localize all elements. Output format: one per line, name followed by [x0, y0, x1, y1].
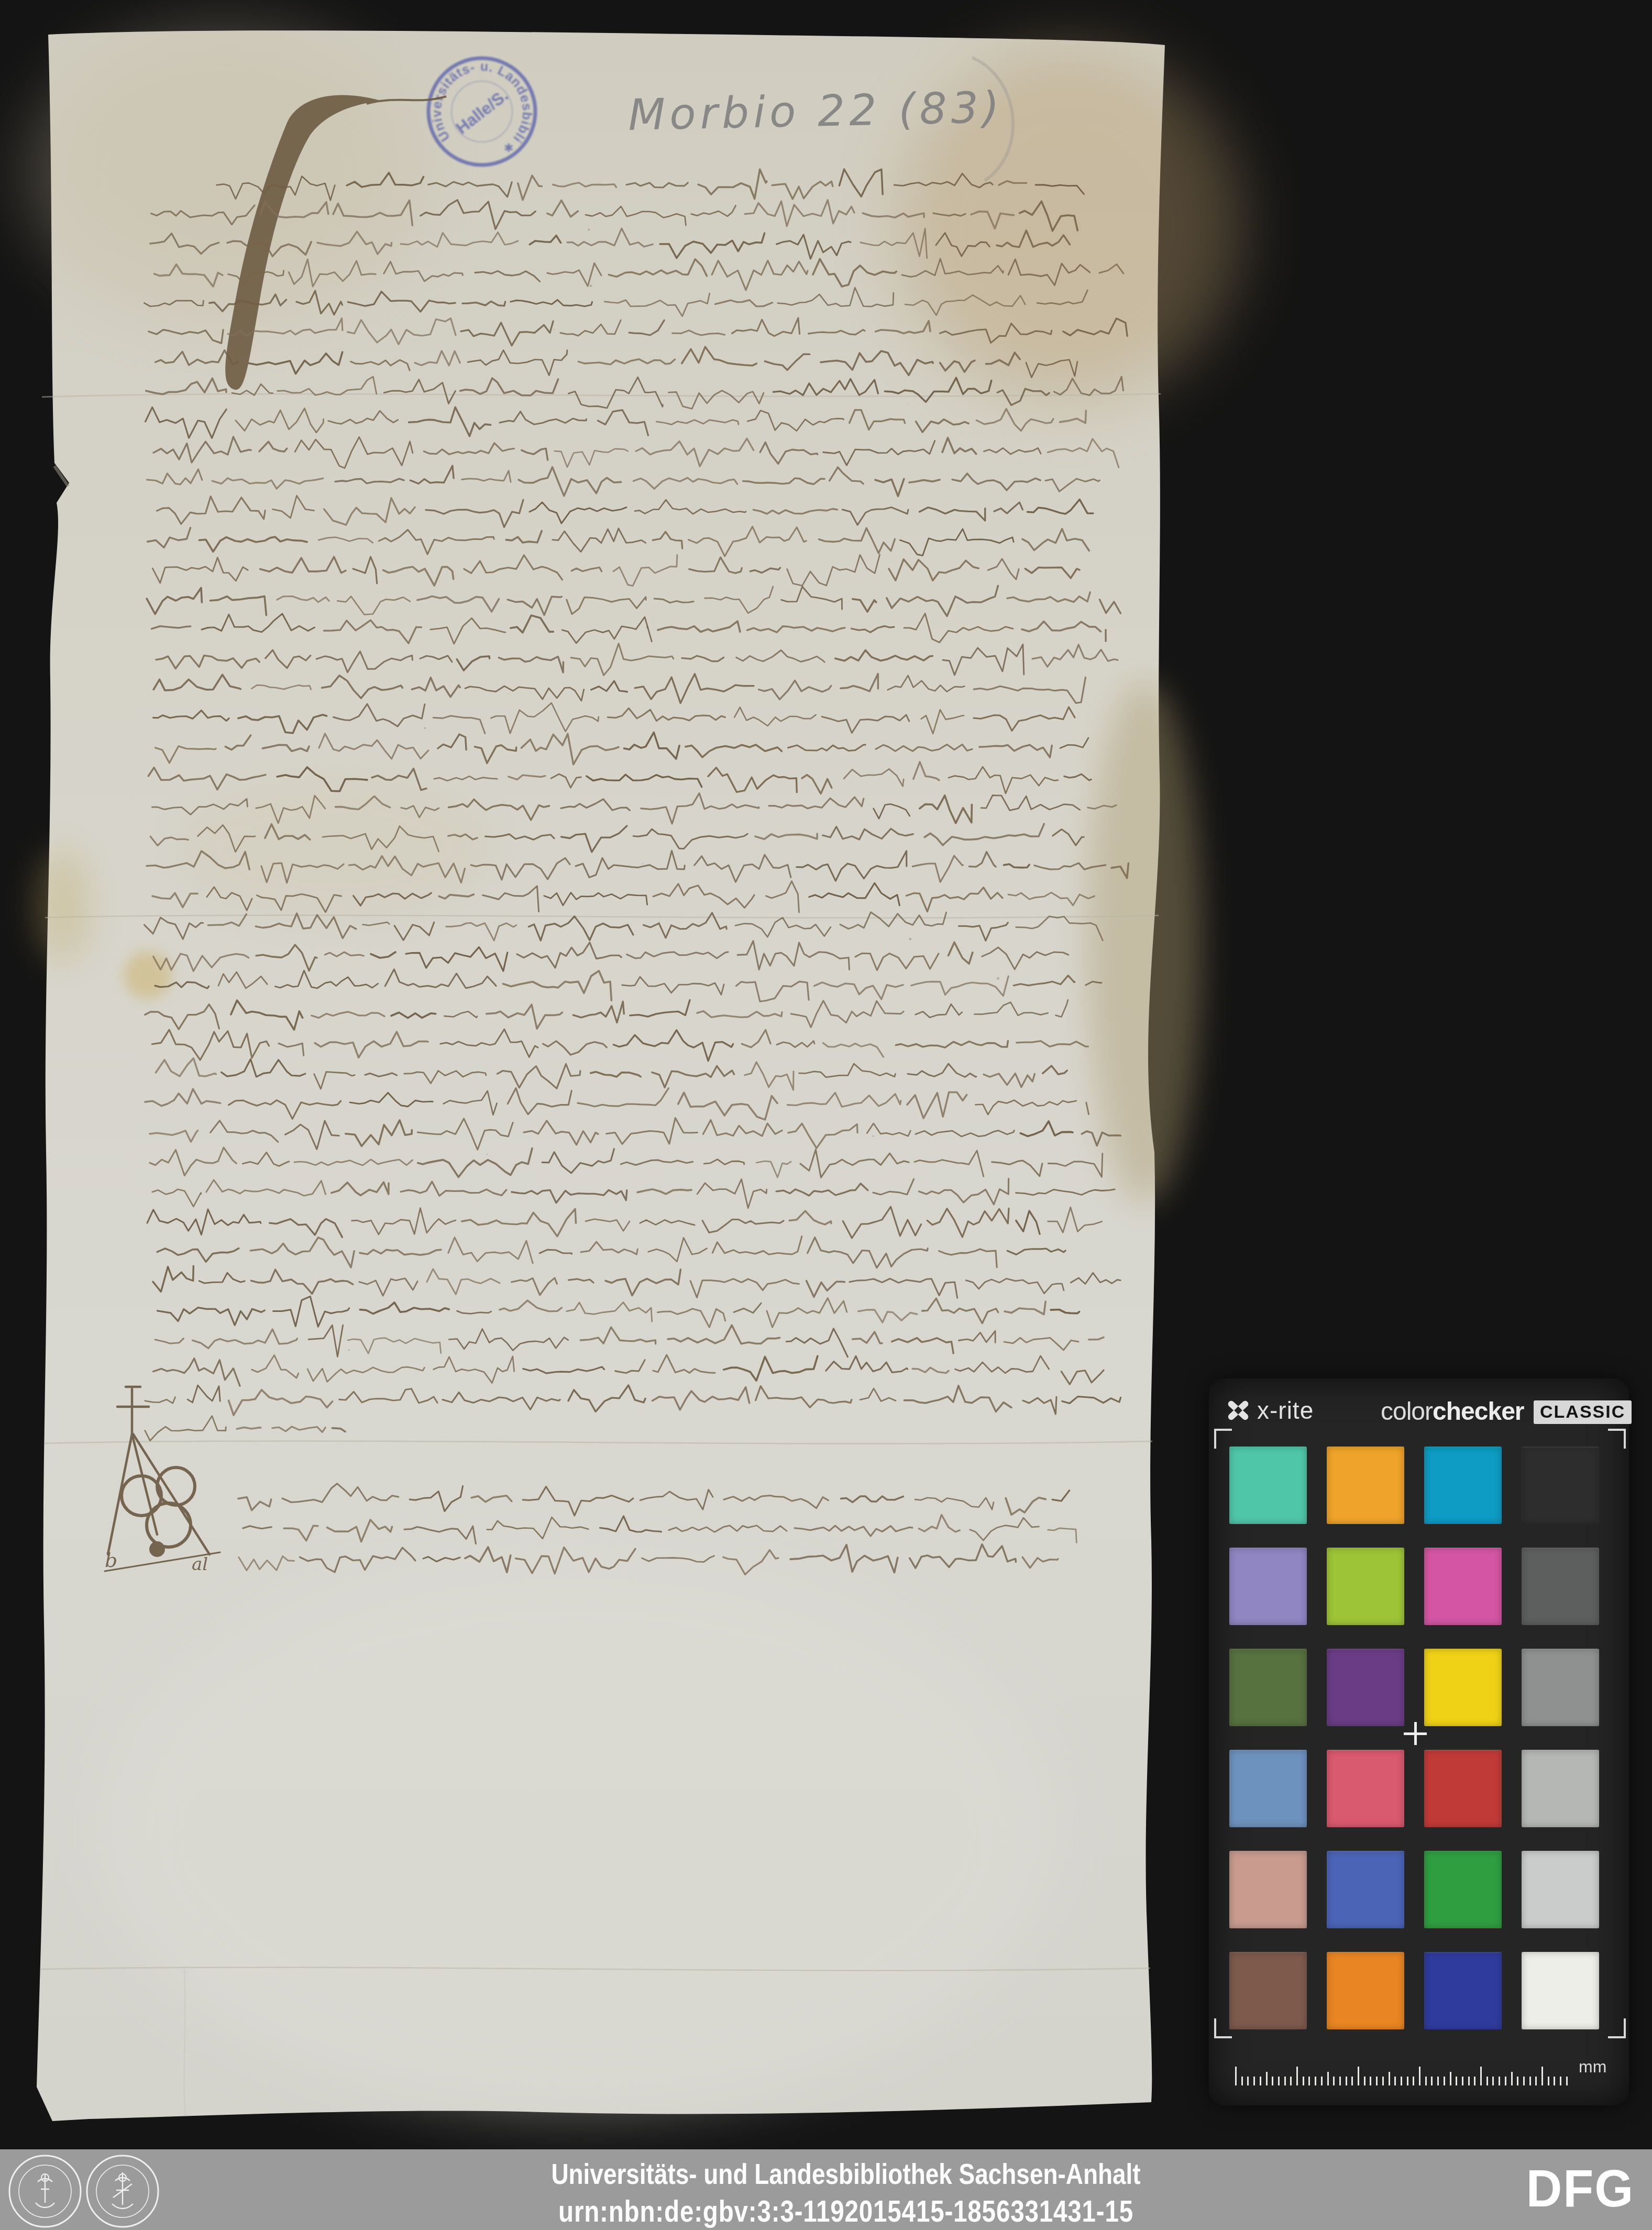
ruler-tick — [1303, 2077, 1304, 2085]
colorchecker-title-bold: checker — [1433, 1398, 1524, 1426]
ruler-tick — [1260, 2077, 1261, 2085]
ruler-tick — [1290, 2077, 1292, 2085]
ruler-tick — [1456, 2077, 1457, 2085]
center-crosshair-icon — [1404, 1722, 1427, 1745]
color-patch-blue-flower — [1229, 1548, 1307, 1625]
signum-letter-right: al — [192, 1554, 208, 1575]
ruler-tick — [1333, 2077, 1335, 2085]
ruler-tick — [1296, 2067, 1298, 2085]
ruler-tick — [1535, 2077, 1537, 2085]
ruler-tick — [1529, 2077, 1531, 2085]
color-patch-black — [1522, 1447, 1599, 1524]
ruler-tick — [1499, 2077, 1500, 2085]
ruler-tick — [1358, 2067, 1359, 2085]
stamp-star: ✱ — [504, 141, 513, 154]
ruler-tick — [1505, 2077, 1506, 2085]
x-rite-logo-icon — [1227, 1399, 1250, 1422]
ruler-unit-label: mm — [1579, 2057, 1606, 2077]
registration-mark-top-left — [1214, 1429, 1232, 1449]
ruler-tick — [1278, 2077, 1280, 2085]
ruler-tick — [1419, 2067, 1420, 2085]
ruler-tick — [1401, 2077, 1402, 2085]
ruler-tick — [1480, 2067, 1482, 2085]
ruler-tick — [1321, 2077, 1323, 2085]
color-patch-blue-sky — [1229, 1750, 1307, 1827]
mm-ruler — [1235, 2063, 1576, 2085]
ruler-tick — [1394, 2077, 1396, 2085]
color-patch-light-skin — [1229, 1851, 1307, 1928]
ruler-tick — [1517, 2077, 1518, 2085]
ruler-tick — [1382, 2077, 1384, 2085]
color-patch-cyan — [1424, 1447, 1502, 1524]
footer-bar: Universitäts- und Landesbibliothek Sachs… — [0, 2149, 1652, 2230]
dfg-logo: DFG — [1526, 2159, 1634, 2219]
ruler-tick — [1235, 2067, 1237, 2085]
ruler-tick — [1266, 2072, 1268, 2085]
library-name: Universitäts- und Landesbibliothek Sachs… — [152, 2157, 1540, 2191]
ruler-tick — [1560, 2077, 1561, 2085]
ruler-tick — [1308, 2077, 1310, 2085]
color-patch-magenta — [1424, 1548, 1502, 1625]
color-patch-purple — [1327, 1649, 1404, 1726]
digitized-charter-scan: Morbio 22 (83) Universitäts- u. Landesbi… — [0, 0, 1652, 2230]
ruler-tick — [1284, 2077, 1286, 2085]
x-rite-brand: x-rite — [1227, 1396, 1314, 1425]
ruler-tick — [1462, 2077, 1463, 2085]
color-patch-red — [1424, 1750, 1502, 1827]
classic-badge: CLASSIC — [1534, 1400, 1632, 1424]
ruler-tick — [1327, 2072, 1329, 2085]
ruler-tick — [1468, 2077, 1470, 2085]
ruler-tick — [1425, 2077, 1427, 2085]
ruler-tick — [1364, 2077, 1365, 2085]
ruler-tick — [1315, 2077, 1316, 2085]
color-patch-bluish-green — [1229, 1447, 1307, 1524]
color-patch-orange — [1327, 1952, 1404, 2029]
color-patch-dark-skin — [1229, 1952, 1307, 2029]
color-patch-neutral-light-gray — [1522, 1750, 1599, 1827]
ruler-tick — [1444, 2077, 1445, 2085]
urn-identifier: urn:nbn:de:gbv:3:3-1192015415-1856331431… — [152, 2194, 1540, 2229]
footer-text: Universitäts- und Landesbibliothek Sachs… — [0, 2149, 1652, 2230]
registration-mark-top-right — [1608, 1429, 1626, 1449]
color-patch-neutral-gray — [1522, 1649, 1599, 1726]
color-patch-foliage — [1229, 1649, 1307, 1726]
ruler-tick — [1450, 2072, 1451, 2085]
ruler-tick — [1431, 2077, 1433, 2085]
color-patch-green — [1424, 1851, 1502, 1928]
ruler-tick — [1511, 2072, 1513, 2085]
pencil-shelfmark: Morbio 22 (83) — [627, 83, 1004, 140]
ruler-tick — [1376, 2077, 1378, 2085]
colorchecker-title-light: color — [1381, 1398, 1433, 1426]
ruler-tick — [1346, 2077, 1347, 2085]
colorchecker-title: colorchecker — [1381, 1397, 1524, 1426]
color-patch-yellow — [1424, 1649, 1502, 1726]
ruler-tick — [1492, 2077, 1494, 2085]
ruler-tick — [1541, 2067, 1543, 2085]
ruler-tick — [1486, 2077, 1488, 2085]
color-patch-moderate-red — [1327, 1750, 1404, 1827]
ruler-tick — [1389, 2072, 1390, 2085]
color-patch-orange-yellow — [1327, 1447, 1404, 1524]
ruler-tick — [1247, 2077, 1249, 2085]
ruler-tick — [1351, 2077, 1353, 2085]
color-patch-blue — [1327, 1851, 1404, 1928]
color-patch-white — [1522, 1952, 1599, 2029]
ruler-tick — [1339, 2077, 1341, 2085]
ruler-tick — [1554, 2077, 1555, 2085]
ruler-tick — [1407, 2077, 1408, 2085]
ruler-tick — [1566, 2077, 1568, 2085]
ruler-tick — [1253, 2077, 1255, 2085]
color-patch-neutral-dark-gray — [1522, 1548, 1599, 1625]
ruler-tick — [1413, 2077, 1414, 2085]
registration-mark-bottom-right — [1608, 2018, 1626, 2038]
ruler-tick — [1437, 2077, 1439, 2085]
color-patch-purplish-blue — [1424, 1952, 1502, 2029]
ruler-tick — [1241, 2077, 1243, 2085]
signum-letter-left: b — [105, 1549, 117, 1572]
ruler-tick — [1523, 2077, 1525, 2085]
ruler-tick — [1272, 2077, 1273, 2085]
ruler-tick — [1474, 2077, 1475, 2085]
x-rite-brand-label: x-rite — [1257, 1396, 1314, 1425]
colorchecker-panel: x-rite colorchecker CLASSIC mm — [1209, 1378, 1629, 2105]
ruler-tick — [1548, 2077, 1549, 2085]
ruler-tick — [1370, 2077, 1371, 2085]
color-patch-yellow-green — [1327, 1548, 1404, 1625]
color-patch-neutral-8 — [1522, 1851, 1599, 1928]
